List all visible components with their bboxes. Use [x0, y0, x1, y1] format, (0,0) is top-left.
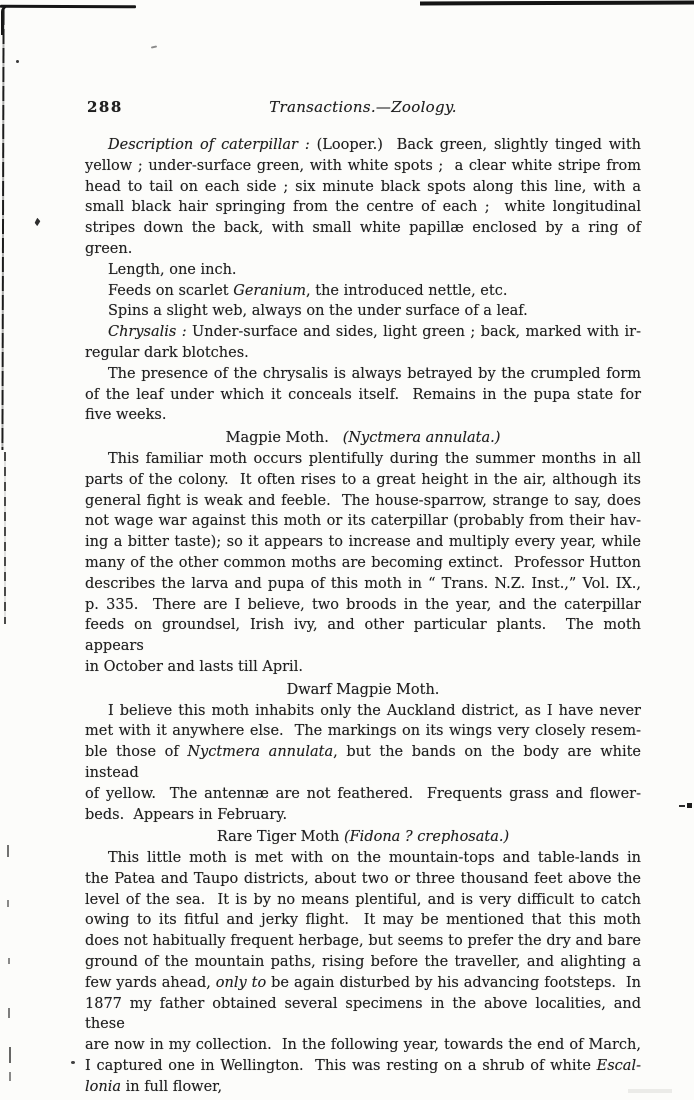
text-line: p. 335. There are I believe, two broods … — [85, 595, 641, 616]
paragraph: Chrysalis : Under-surface and sides, lig… — [85, 322, 641, 364]
text-line: met with it anywhere else. The markings … — [85, 721, 641, 742]
text-line: Magpie Moth. (Nyctmera annulata.) — [85, 428, 641, 449]
text-run: lonia — [85, 1079, 121, 1095]
paragraph: Length, one inch. — [85, 260, 641, 281]
scan-edge-dash — [8, 958, 10, 964]
paragraph: I believe this moth inhabits only the Au… — [85, 701, 641, 826]
scan-edge-line-left-lower — [4, 452, 6, 624]
text-line: stripes down the back, with small white … — [85, 218, 641, 260]
text-run: feeds on groundsel, Irish ivy, and other… — [85, 617, 646, 654]
text-run: Rare Tiger Moth — [217, 829, 344, 845]
text-line: many of the other common moths are becom… — [85, 553, 641, 574]
text-run: Escal- — [597, 1058, 641, 1074]
text-run: Chrysalis : — [108, 324, 187, 340]
text-run: This little moth is met with on the moun… — [108, 850, 641, 866]
text-run: parts of the colony. It often rises to a… — [85, 472, 641, 488]
text-line: Chrysalis : Under-surface and sides, lig… — [85, 322, 641, 343]
text-line: few yards ahead, only to be again distur… — [85, 973, 641, 994]
text-run: in full flower, — [121, 1079, 222, 1095]
document-page: 288 Transactions.—Zoology. Description o… — [0, 0, 694, 1100]
text-line: I believe this moth inhabits only the Au… — [85, 701, 641, 722]
text-run: Length, one inch. — [108, 262, 237, 278]
text-line: Feeds on scarlet Geranium, the introduce… — [85, 281, 641, 302]
text-run: be again disturbed by his advancing foot… — [266, 975, 641, 991]
text-line: ble those of Nyctmera annulata, but the … — [85, 742, 641, 784]
text-run: I captured one in Wellington. This was r… — [85, 1058, 597, 1074]
text-run: I believe this moth inhabits only the Au… — [108, 703, 641, 719]
text-line: The presence of the chrysalis is always … — [85, 364, 641, 385]
text-run: in October and lasts till April. — [85, 659, 303, 675]
text-run: Description of caterpillar : — [108, 137, 310, 153]
text-column: 288 Transactions.—Zoology. Description o… — [85, 98, 641, 1098]
text-run: of the leaf under which it conceals itse… — [85, 387, 641, 403]
text-run: (Fidona ? crephosata.) — [344, 829, 509, 845]
text-run: 1877 my father obtained several specimen… — [85, 996, 646, 1033]
scan-edge-line-left-upper — [1, 10, 4, 450]
scan-speck — [71, 1061, 75, 1064]
text-line: Spins a slight web, always on the under … — [85, 301, 641, 322]
text-line: of yellow. The antennæ are not feathered… — [85, 784, 641, 805]
text-run: ing a bitter taste); so it appears to in… — [85, 534, 641, 550]
text-line: of the leaf under which it conceals itse… — [85, 385, 641, 406]
scan-speck — [34, 217, 41, 226]
text-line: Rare Tiger Moth (Fidona ? crephosata.) — [85, 827, 641, 848]
text-run: owing to its fitful and jerky flight. It… — [85, 912, 641, 928]
text-run: (Nyctmera annulata.) — [343, 430, 501, 446]
text-run: five weeks. — [85, 407, 166, 423]
text-run: level of the sea. It is by no means plen… — [85, 892, 641, 908]
text-run: only to — [216, 975, 266, 991]
text-run: stripes down the back, with small white … — [85, 220, 646, 257]
text-line: in October and lasts till April. — [85, 657, 641, 678]
text-line: owing to its fitful and jerky flight. It… — [85, 910, 641, 931]
scan-edge-dash — [9, 1072, 11, 1081]
scan-edge-dash — [8, 1008, 10, 1018]
text-line: This little moth is met with on the moun… — [85, 848, 641, 869]
scan-edge-dash — [9, 1047, 11, 1063]
text-line: Description of caterpillar : (Looper.) B… — [85, 135, 641, 156]
scan-smudge — [628, 1089, 672, 1093]
text-run: Geranium — [233, 283, 306, 299]
running-header-title: Transactions.—Zoology. — [85, 98, 641, 116]
scan-speck — [16, 60, 19, 63]
scan-edge-line-top-right — [420, 1, 694, 6]
text-run: not wage war against this moth or its ca… — [85, 513, 641, 529]
text-run: beds. Appears in February. — [85, 807, 287, 823]
text-run: small black hair springing from the cent… — [85, 199, 641, 215]
text-run: Spins a slight web, always on the under … — [108, 303, 528, 319]
text-line: are now in my collection. In the followi… — [85, 1035, 641, 1056]
text-run: Magpie Moth. — [226, 430, 343, 446]
scan-speck — [687, 803, 692, 808]
text-run: , the introduced nettle, etc. — [306, 283, 507, 299]
section-heading: Magpie Moth. (Nyctmera annulata.) — [85, 428, 641, 449]
text-line: Length, one inch. — [85, 260, 641, 281]
page-body: Description of caterpillar : (Looper.) B… — [85, 135, 641, 1098]
text-run: of yellow. The antennæ are not feathered… — [85, 786, 641, 802]
paragraph: This familiar moth occurs plentifully du… — [85, 449, 641, 678]
scan-speck — [679, 805, 685, 807]
text-line: the Patea and Taupo districts, about two… — [85, 869, 641, 890]
text-run: head to tail on each side ; six minute b… — [85, 179, 641, 195]
page-number: 288 — [87, 98, 123, 116]
text-line: not wage war against this moth or its ca… — [85, 511, 641, 532]
running-head: 288 Transactions.—Zoology. — [85, 98, 641, 116]
text-line: Dwarf Magpie Moth. — [85, 680, 641, 701]
section-heading: Rare Tiger Moth (Fidona ? crephosata.) — [85, 827, 641, 848]
text-line: ground of the mountain paths, rising bef… — [85, 952, 641, 973]
text-line: head to tail on each side ; six minute b… — [85, 177, 641, 198]
text-run: Under-surface and sides, light green ; b… — [187, 324, 641, 340]
text-line: I captured one in Wellington. This was r… — [85, 1056, 641, 1077]
text-run: This familiar moth occurs plentifully du… — [108, 451, 641, 467]
text-run: Dwarf Magpie Moth. — [287, 682, 440, 698]
text-line: beds. Appears in February. — [85, 805, 641, 826]
paragraph: Spins a slight web, always on the under … — [85, 301, 641, 322]
text-run: regular dark blotches. — [85, 345, 249, 361]
text-run: Nyctmera annulata — [187, 744, 333, 760]
text-run: yellow ; under-surface green, with white… — [85, 158, 641, 174]
text-line: lonia in full flower, — [85, 1077, 641, 1098]
scan-speck — [459, 1041, 462, 1043]
text-run: few yards ahead, — [85, 975, 216, 991]
paragraph: This little moth is met with on the moun… — [85, 848, 641, 1098]
text-run: many of the other common moths are becom… — [85, 555, 641, 571]
scan-edge-dash — [7, 845, 9, 857]
text-line: 1877 my father obtained several specimen… — [85, 994, 641, 1036]
text-line: This familiar moth occurs plentifully du… — [85, 449, 641, 470]
text-run: are now in my collection. In the followi… — [85, 1037, 641, 1053]
scan-edge-dash — [7, 900, 9, 907]
paragraph: The presence of the chrysalis is always … — [85, 364, 641, 426]
text-run: describes the larva and pupa of this mot… — [85, 576, 641, 592]
text-run: ground of the mountain paths, rising bef… — [85, 954, 641, 970]
scan-edge-line-top-left — [0, 5, 136, 8]
paragraph: Feeds on scarlet Geranium, the introduce… — [85, 281, 641, 302]
text-line: five weeks. — [85, 405, 641, 426]
text-run: ble those of — [85, 744, 187, 760]
text-line: level of the sea. It is by no means plen… — [85, 890, 641, 911]
text-line: parts of the colony. It often rises to a… — [85, 470, 641, 491]
scan-speck — [151, 45, 157, 48]
text-run: met with it anywhere else. The markings … — [85, 723, 641, 739]
text-run: does not habitually frequent herbage, bu… — [85, 933, 641, 949]
text-line: feeds on groundsel, Irish ivy, and other… — [85, 615, 641, 657]
text-run: p. 335. There are I believe, two broods … — [85, 597, 641, 613]
paragraph: Description of caterpillar : (Looper.) B… — [85, 135, 641, 260]
text-run: The presence of the chrysalis is always … — [108, 366, 641, 382]
text-line: does not habitually frequent herbage, bu… — [85, 931, 641, 952]
text-line: ing a bitter taste); so it appears to in… — [85, 532, 641, 553]
text-line: regular dark blotches. — [85, 343, 641, 364]
text-run: (Looper.) Back green, slightly tinged wi… — [310, 137, 641, 153]
text-line: describes the larva and pupa of this mot… — [85, 574, 641, 595]
text-run: general fight is weak and feeble. The ho… — [85, 493, 641, 509]
text-line: yellow ; under-surface green, with white… — [85, 156, 641, 177]
text-line: small black hair springing from the cent… — [85, 197, 641, 218]
text-line: general fight is weak and feeble. The ho… — [85, 491, 641, 512]
text-run: the Patea and Taupo districts, about two… — [85, 871, 641, 887]
section-heading: Dwarf Magpie Moth. — [85, 680, 641, 701]
text-run: Feeds on scarlet — [108, 283, 233, 299]
